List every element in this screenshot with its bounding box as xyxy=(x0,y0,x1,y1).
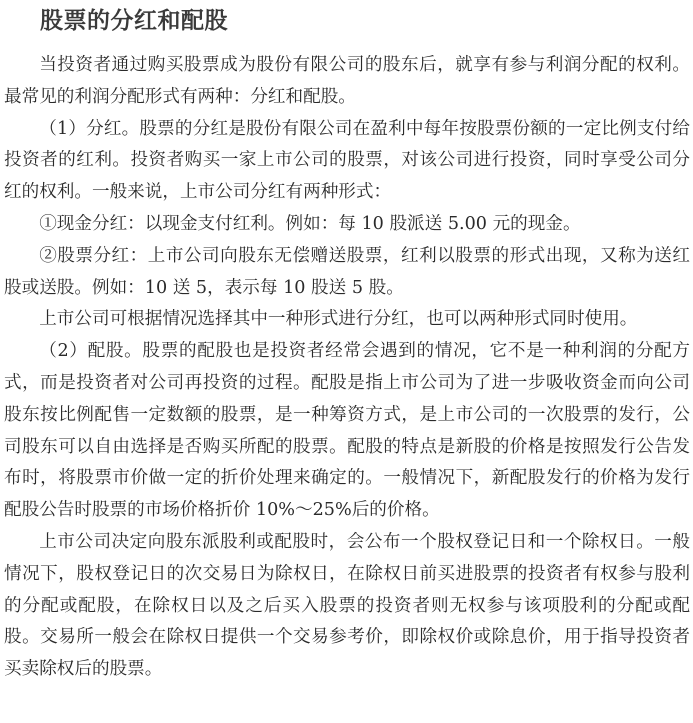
page-title: 股票的分红和配股 xyxy=(40,2,228,35)
paragraph-dividend-choice: 上市公司可根据情况选择其中一种形式进行分红，也可以两种形式同时使用。 xyxy=(4,304,690,336)
paragraph-cash-dividend: ①现金分红：以现金支付红利。例如：每 10 股派送 5.00 元的现金。 xyxy=(4,209,690,241)
paragraph-rights-issue: （2）配股。股票的配股也是投资者经常会遇到的情况，它不是一种利润的分配方式，而是… xyxy=(4,336,690,527)
paragraph-stock-dividend: ②股票分红：上市公司向股东无偿赠送股票，红利以股票的形式出现，又称为送红股或送股… xyxy=(4,241,690,305)
document-page: 股票的分红和配股 当投资者通过购买股票成为股份有限公司的股东后，就享有参与利润分… xyxy=(0,0,693,723)
paragraph-dividend: （1）分红。股票的分红是股份有限公司在盈利中每年按股票份额的一定比例支付给投资者… xyxy=(4,114,690,209)
document-body: 当投资者通过购买股票成为股份有限公司的股东后，就享有参与利润分配的权利。最常见的… xyxy=(4,50,690,686)
paragraph-intro: 当投资者通过购买股票成为股份有限公司的股东后，就享有参与利润分配的权利。最常见的… xyxy=(4,50,690,114)
paragraph-ex-rights-date: 上市公司决定向股东派股利或配股时，会公布一个股权登记日和一个除权日。一般情况下，… xyxy=(4,527,690,686)
